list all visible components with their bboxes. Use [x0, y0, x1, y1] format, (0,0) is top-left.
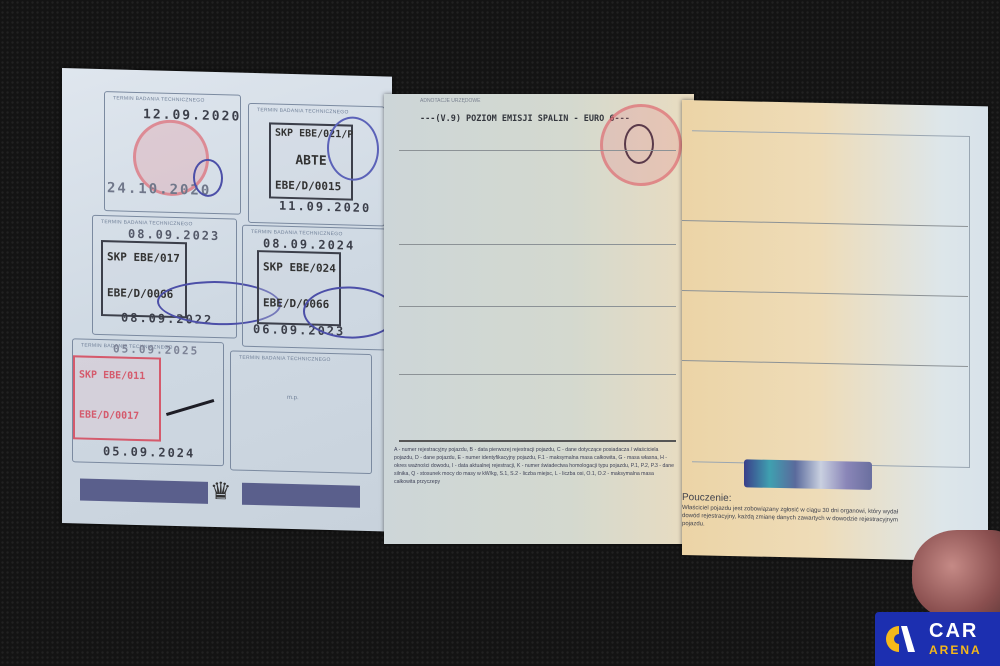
line-divider	[399, 244, 676, 245]
box-label: TERMIN BADANIA TECHNICZNEGO	[113, 95, 205, 103]
inspection-station-stamp: SKP EBE/011 EBE/D/0017	[73, 355, 161, 441]
line-divider	[399, 440, 676, 442]
stamp-date: 05.09.2025	[113, 342, 199, 357]
line-divider	[399, 306, 676, 307]
box-label: TERMIN BADANIA TECHNICZNEGO	[239, 355, 331, 363]
box-label: TERMIN BADANIA TECHNICZNEGO	[101, 219, 193, 227]
signature	[624, 124, 654, 164]
decorative-band	[80, 478, 208, 503]
line-divider	[399, 150, 676, 151]
page-frame	[692, 130, 970, 468]
stamp-date: 11.09.2020	[279, 199, 371, 215]
inspection-box-4: TERMIN BADANIA TECHNICZNEGO 08.09.2024 S…	[242, 225, 386, 351]
middle-page-annotations: ADNOTACJE URZĘDOWE ---(V.9) POZIOM EMISJ…	[384, 94, 694, 544]
left-page-inspection-stamps: TERMIN BADANIA TECHNICZNEGO 12.09.2020 2…	[62, 68, 392, 532]
logo-text-car: CAR	[929, 620, 978, 643]
line-divider	[399, 374, 676, 375]
logo-text-arena: ARENA	[929, 643, 982, 657]
inspection-box-6: TERMIN BADANIA TECHNICZNEGO m.p.	[230, 350, 372, 474]
box-label: TERMIN BADANIA TECHNICZNEGO	[257, 107, 349, 115]
photo-scene: TERMIN BADANIA TECHNICZNEGO 12.09.2020 2…	[0, 0, 1000, 666]
polish-eagle-emblem-icon: ♛	[210, 477, 232, 507]
field-legend: A - numer rejestracyjny pojazdu, B - dat…	[394, 446, 674, 486]
inspection-box-3: TERMIN BADANIA TECHNICZNEGO 08.09.2023 S…	[92, 215, 237, 339]
stamp-date: 05.09.2024	[103, 444, 195, 460]
signature	[193, 158, 223, 197]
notice-text: Właściciel pojazdu jest zobowiązany zgło…	[682, 504, 912, 533]
inspection-box-2: TERMIN BADANIA TECHNICZNEGO SKP EBE/021/…	[248, 103, 385, 227]
car-arena-mark-icon	[883, 622, 917, 656]
thumb	[912, 530, 1000, 620]
seal-placeholder: m.p.	[287, 395, 299, 401]
inspection-box-5: TERMIN BADANIA TECHNICZNEGO 05.09.2025 S…	[72, 338, 224, 466]
notice-title: Pouczenie:	[682, 492, 731, 504]
car-arena-logo: CAR ARENA	[875, 612, 1000, 666]
stamp-date: 12.09.2020	[143, 107, 241, 125]
signature	[162, 386, 215, 417]
signature	[327, 116, 379, 181]
inspection-box-1: TERMIN BADANIA TECHNICZNEGO 12.09.2020 2…	[104, 91, 241, 215]
emission-annotation: ---(V.9) POZIOM EMISJI SPALIN - EURO 6--…	[420, 114, 630, 124]
hologram-sticker	[744, 459, 872, 490]
decorative-band	[242, 483, 360, 508]
section-label: ADNOTACJE URZĘDOWE	[420, 98, 480, 104]
right-page-notice: Pouczenie: Właściciel pojazdu jest zobow…	[682, 100, 988, 561]
